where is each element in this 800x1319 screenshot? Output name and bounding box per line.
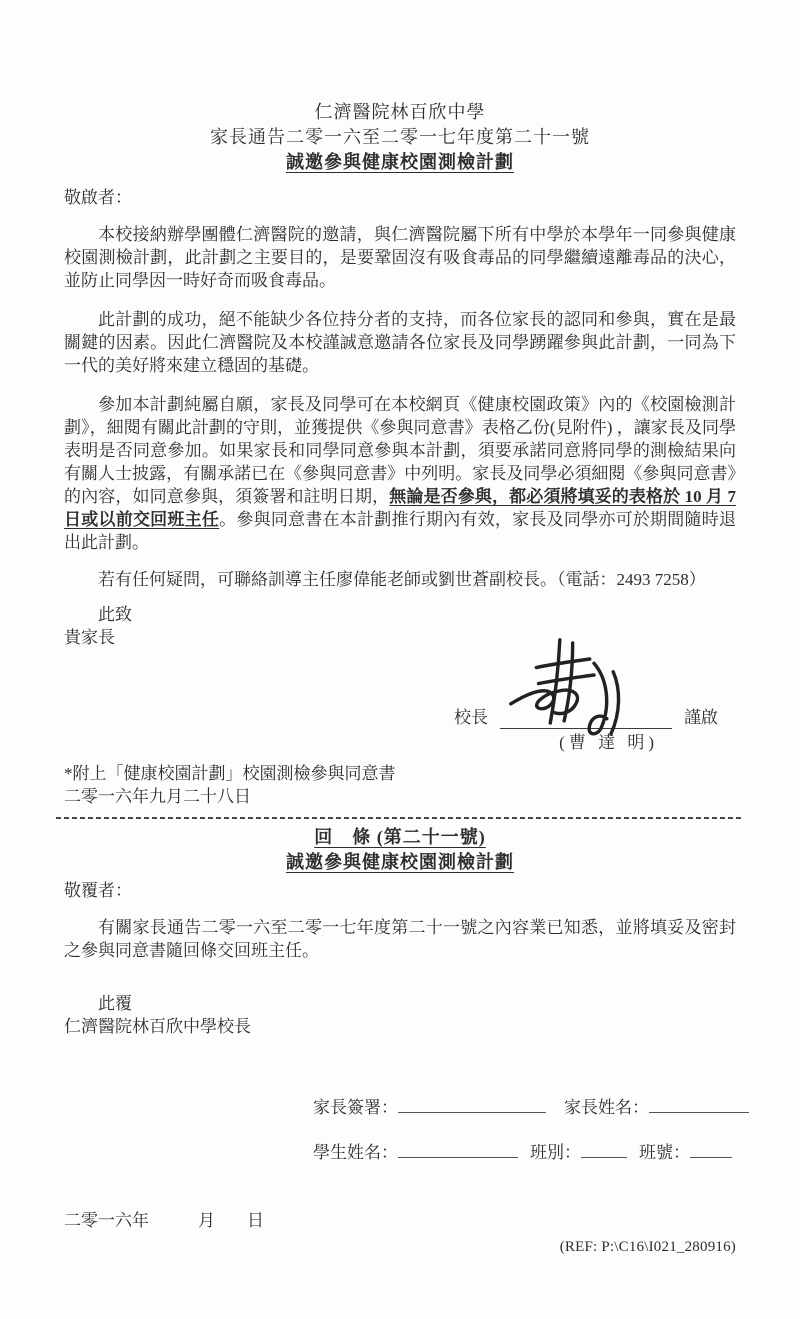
principal-name: (曹 達 明) [64, 731, 736, 754]
signature-row: 校長 謹啟 [64, 701, 736, 729]
signature-block: 校長 謹啟 (曹 達 明) [64, 701, 736, 754]
attachment-note: *附上「健康校園計劃」校園測檢參與同意書 [64, 762, 736, 785]
paragraph-1: 本校接納辦學團體仁濟醫院的邀請，與仁濟醫院屬下所有中學於本學年一同參與健康校園測… [64, 223, 736, 292]
class-no-field [690, 1142, 732, 1158]
reply-addressee: 仁濟醫院林百欣中學校長 [64, 1015, 736, 1038]
letter-addressee: 貴家長 [64, 626, 736, 649]
signature-suffix: 謹啟 [684, 706, 718, 729]
reply-slip-subject: 誠邀參與健康校園測檢計劃 [286, 852, 514, 872]
school-name: 仁濟醫院林百欣中學 [64, 100, 736, 125]
reply-closing: 此覆 [64, 992, 736, 1015]
form-row-student: 學生姓名：班別：班號： [313, 1141, 736, 1164]
reply-date-year: 二零一六年 [64, 1211, 149, 1230]
reply-body: 有關家長通告二零一六至二零一七年度第二十一號之內容業已知悉，並將填妥及密封之參與… [64, 916, 736, 962]
letter-closing: 此致 [64, 603, 736, 626]
signature-line [500, 704, 672, 729]
student-name-label: 學生姓名： [313, 1143, 398, 1162]
signature-role-label: 校長 [454, 706, 488, 729]
contact-line: 若有任何疑問，可聯絡訓導主任廖偉能老師或劉世蒼副校長。（電話：2493 7258… [64, 568, 736, 591]
reply-salutation: 敬覆者： [64, 879, 736, 902]
letter-head: 仁濟醫院林百欣中學 家長通告二零一六至二零一七年度第二十一號 誠邀參與健康校園測… [64, 0, 736, 175]
letter-subject: 誠邀參與健康校園測檢計劃 [286, 152, 514, 172]
salutation: 敬啟者： [64, 186, 736, 209]
paragraph-2: 此計劃的成功，絕不能缺少各位持分者的支持，而各位家長的認同和參與，實在是最關鍵的… [64, 308, 736, 377]
class-field [581, 1142, 627, 1158]
reference-code: (REF: P:\C16\I021_280916) [64, 1236, 736, 1259]
parent-signature-field [398, 1097, 546, 1113]
reply-date-day: 日 [247, 1211, 264, 1230]
parent-name-label: 家長姓名： [564, 1098, 649, 1117]
parent-name-field [649, 1097, 749, 1113]
reply-date-line: 二零一六年月日 [64, 1209, 736, 1232]
class-label: 班別： [530, 1143, 581, 1162]
student-name-field [398, 1142, 518, 1158]
paragraph-3: 參加本計劃純屬自願，家長及同學可在本校網頁《健康校園政策》內的《校園檢測計劃》，… [64, 393, 736, 554]
cut-line-divider [56, 817, 744, 819]
scanned-letter-page: 仁濟醫院林百欣中學 家長通告二零一六至二零一七年度第二十一號 誠邀參與健康校園測… [0, 0, 800, 1319]
reply-date-month: 月 [198, 1211, 215, 1230]
class-no-label: 班號： [639, 1143, 690, 1162]
parent-signature-label: 家長簽署： [313, 1098, 398, 1117]
form-row-parent: 家長簽署：家長姓名： [313, 1096, 736, 1119]
issue-date: 二零一六年九月二十八日 [64, 785, 736, 808]
notice-number-line: 家長通告二零一六至二零一七年度第二十一號 [64, 125, 736, 150]
reply-slip-title: 回 條 (第二十一號) [314, 827, 486, 847]
